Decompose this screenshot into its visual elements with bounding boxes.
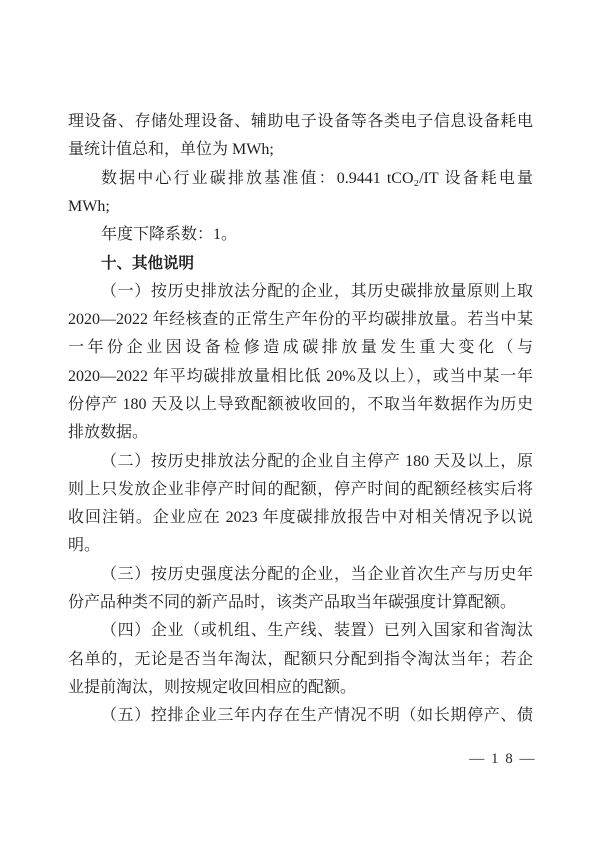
- document-page: 理设备、存储处理设备、辅助电子设备等各类电子信息设备耗电 量统计值总和，单位为 …: [0, 0, 600, 848]
- body-line: 一年份企业因设备检修造成碳排放量发生重大变化（与: [68, 334, 533, 362]
- body-line: （二）按历史排放法分配的企业自主停产 180 天及以上，原: [68, 448, 533, 476]
- page-number: — 1 8 —: [469, 751, 536, 768]
- section-heading-other-notes: 十、其他说明: [68, 249, 533, 277]
- body-line: 份产品种类不同的新产品时，该类产品取当年碳强度计算配额。: [68, 589, 533, 617]
- body-line: 2020—2022 年平均碳排放量相比低 20%及以上），或当中某一年: [68, 363, 533, 391]
- body-line: MWh;: [68, 193, 533, 221]
- body-line: 量统计值总和，单位为 MWh;: [68, 136, 533, 164]
- body-text-block: 理设备、存储处理设备、辅助电子设备等各类电子信息设备耗电 量统计值总和，单位为 …: [68, 108, 533, 731]
- body-line: 业提前淘汰，则按规定收回相应的配额。: [68, 674, 533, 702]
- body-line: 份停产 180 天及以上导致配额被收回的，不取当年数据作为历史: [68, 391, 533, 419]
- body-line: （五）控排企业三年内存在生产情况不明（如长期停产、债: [68, 702, 533, 730]
- body-line: （一）按历史排放法分配的企业，其历史碳排放量原则上取: [68, 278, 533, 306]
- body-line: 收回注销。企业应在 2023 年度碳排放报告中对相关情况予以说: [68, 504, 533, 532]
- body-line: （四）企业（或机组、生产线、装置）已列入国家和省淘汰: [68, 617, 533, 645]
- body-line: 名单的，无论是否当年淘汰，配额只分配到指令淘汰当年；若企: [68, 646, 533, 674]
- body-line: 则上只发放企业非停产时间的配额，停产时间的配额经核实后将: [68, 476, 533, 504]
- body-line: 数据中心行业碳排放基准值：0.9441 tCO₂/IT 设备耗电量: [68, 165, 533, 193]
- body-line: （三）按历史强度法分配的企业，当企业首次生产与历史年: [68, 561, 533, 589]
- body-line: 2020—2022 年经核查的正常生产年份的平均碳排放量。若当中某: [68, 306, 533, 334]
- body-line: 明。: [68, 532, 533, 560]
- body-line: 排放数据。: [68, 419, 533, 447]
- body-line: 理设备、存储处理设备、辅助电子设备等各类电子信息设备耗电: [68, 108, 533, 136]
- body-line: 年度下降系数：1。: [68, 221, 533, 249]
